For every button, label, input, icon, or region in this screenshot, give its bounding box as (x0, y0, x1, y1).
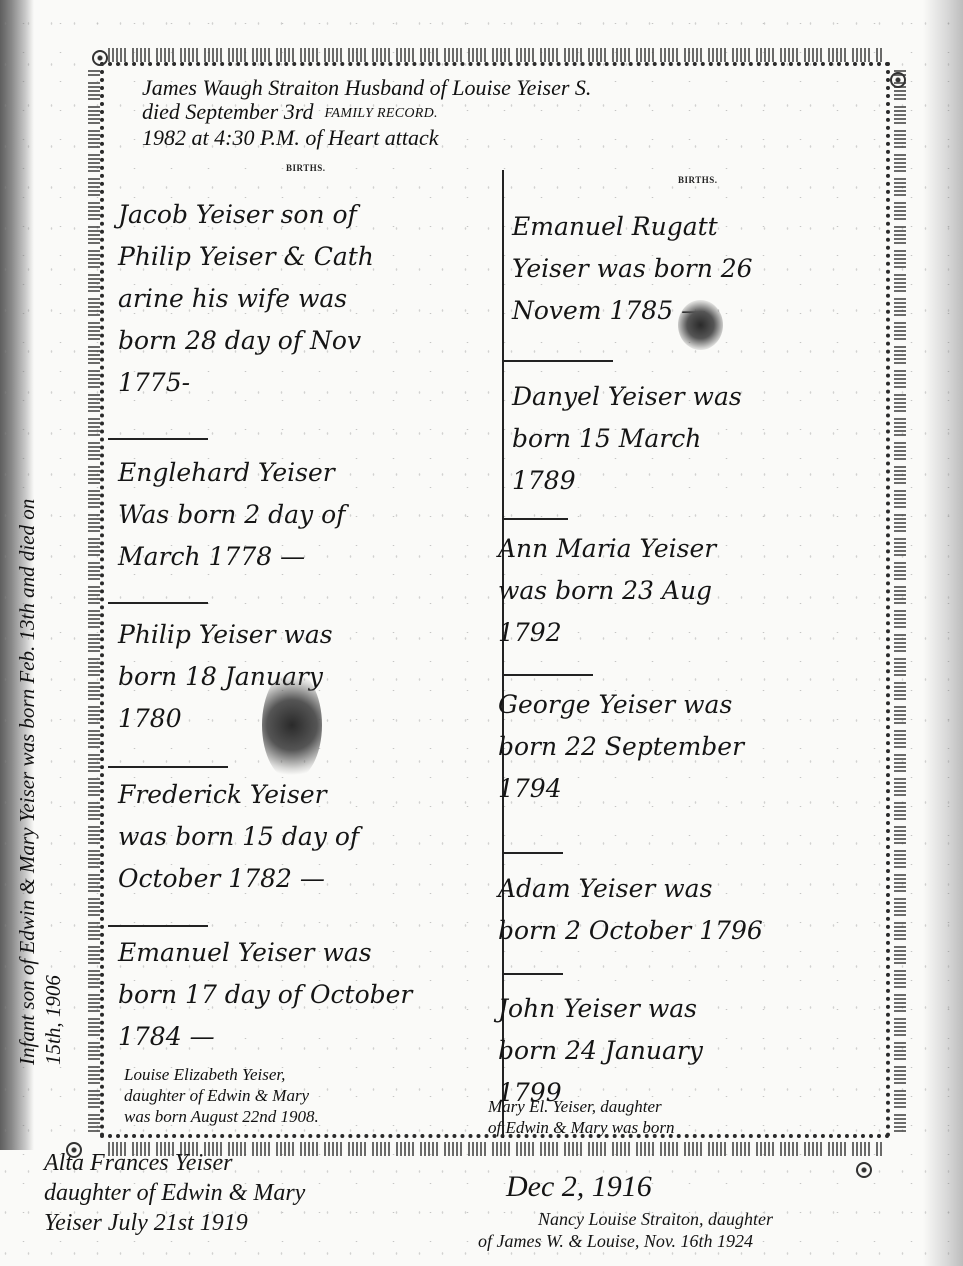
birth-entry-frederick: Frederick Yeiser was born 15 day of Octo… (118, 774, 359, 900)
rosette-icon (890, 72, 906, 88)
birth-entry-adam: Adam Yeiser was born 2 October 1796 (498, 868, 763, 952)
ornamental-border-top (108, 48, 883, 62)
ornamental-border-left (88, 70, 100, 1132)
entry-separator (503, 518, 568, 520)
entry-separator (503, 674, 593, 676)
birth-entry-ann-maria: Ann Maria Yeiser was born 23 Aug 1792 (498, 528, 716, 654)
left-column-heading: BIRTHS. (286, 163, 325, 173)
entry-separator (503, 973, 563, 975)
rosette-icon (92, 50, 108, 66)
entry-separator (503, 360, 613, 362)
birth-note-alta-frances: Alta Frances Yeiser daughter of Edwin & … (44, 1148, 305, 1238)
ornamental-border-right (894, 70, 906, 1132)
rosette-icon (856, 1162, 872, 1178)
mary-el-birth-date: Dec 2, 1916 (506, 1170, 652, 1204)
ink-smudge (262, 670, 322, 780)
header-note-line: James Waugh Straiton Husband of Louise Y… (142, 76, 591, 100)
entry-separator (108, 766, 228, 768)
header-death-note: James Waugh Straiton Husband of Louise Y… (142, 76, 591, 150)
header-note-line: died September 3rd FAMILY RECORD. (142, 100, 591, 126)
margin-note-infant-son: Infant son of Edwin & Mary Yeiser was bo… (14, 499, 66, 1065)
birth-entry-englehard: Englehard Yeiser Was born 2 day of March… (118, 452, 345, 578)
header-note-line: 1982 at 4:30 P.M. of Heart attack (142, 126, 591, 150)
birth-note-louise-elizabeth: Louise Elizabeth Yeiser, daughter of Edw… (124, 1064, 319, 1127)
entry-separator (108, 438, 208, 440)
printed-title: FAMILY RECORD. (324, 106, 437, 121)
entry-separator (108, 925, 208, 927)
entry-separator (503, 852, 563, 854)
birth-note-nancy-louise: Nancy Louise Straiton, daughter of James… (478, 1208, 773, 1252)
entry-separator (108, 602, 208, 604)
birth-entry-jacob: Jacob Yeiser son of Philip Yeiser & Cath… (118, 194, 374, 404)
birth-note-mary-el: Mary El. Yeiser, daughter of Edwin & Mar… (488, 1096, 675, 1138)
ink-smudge (678, 300, 723, 350)
birth-entry-danyel: Danyel Yeiser was born 15 March 1789 (512, 376, 742, 502)
birth-entry-george: George Yeiser was born 22 September 1794 (498, 684, 744, 810)
scan-page-edge-right (923, 0, 963, 1266)
right-column-heading: BIRTHS. (678, 175, 717, 185)
birth-entry-emanuel: Emanuel Yeiser was born 17 day of Octobe… (118, 932, 412, 1058)
